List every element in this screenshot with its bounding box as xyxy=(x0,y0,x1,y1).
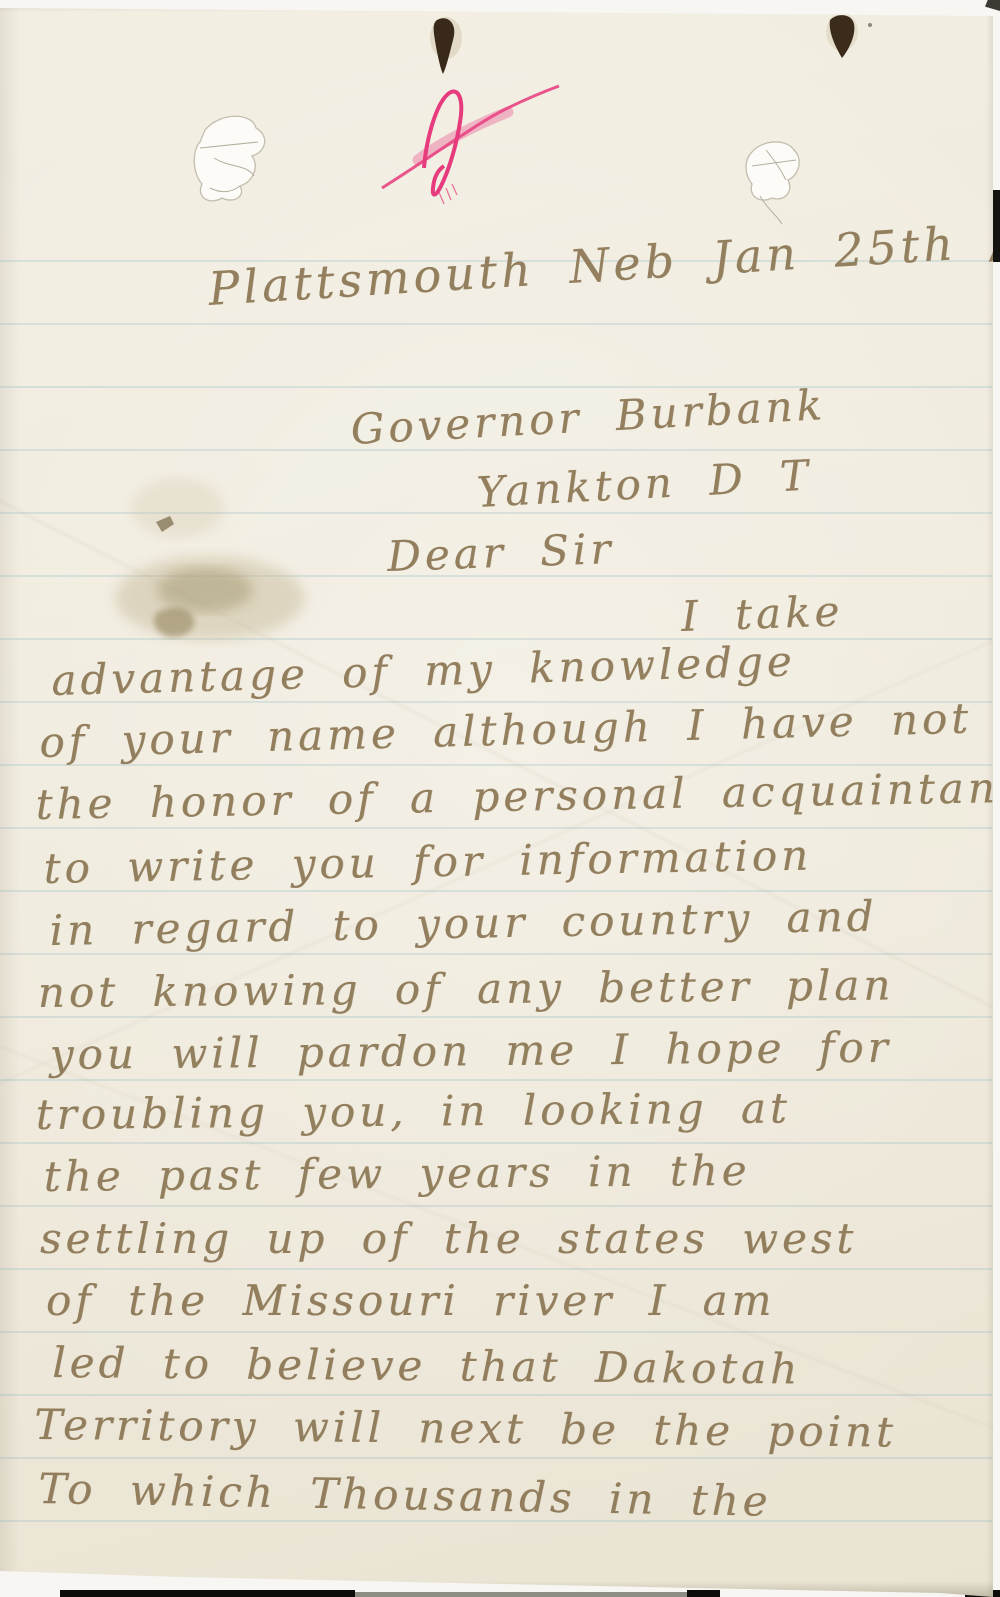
ink-blot xyxy=(430,17,462,74)
scan-artifact xyxy=(687,1590,720,1597)
letter-body-line: the past few years in the xyxy=(44,1146,751,1201)
scan-artifact xyxy=(985,0,1000,11)
letter-page: A Plattsmouth Neb Jan 25th /72Governor B… xyxy=(0,0,1000,1597)
letter-body-line: led to believe that Dakotah xyxy=(52,1338,801,1394)
grader-mark-a: A xyxy=(382,86,559,204)
wafer-seal-tear xyxy=(194,116,264,201)
letter-body-line: Territory will next be the point xyxy=(34,1400,897,1457)
letter-recipient-line: Yankton D T xyxy=(475,451,813,517)
letter-body-line: to write you for information xyxy=(43,831,812,893)
letter-body-line: I take xyxy=(680,586,844,641)
letter-body-line: you will pardon me I hope for xyxy=(50,1023,892,1079)
paper-stain xyxy=(115,478,305,640)
letter-body-line: in regard to your country and xyxy=(49,892,878,955)
letter-body-line: the honor of a personal acquaintance xyxy=(35,762,1000,829)
scan-background: A Plattsmouth Neb Jan 25th /72Governor B… xyxy=(0,0,1000,1597)
letter-body-line: To which Thousands in the xyxy=(38,1464,772,1526)
letter-salutation: Dear Sir xyxy=(386,524,615,581)
letter-body-line: troubling you, in looking at xyxy=(36,1083,791,1139)
scan-artifact xyxy=(60,1590,355,1597)
wafer-seal-tear xyxy=(746,142,799,224)
letter-body-line: advantage of my knowledge xyxy=(51,637,797,705)
ink-blot xyxy=(826,13,872,58)
letter-recipient-line: Governor Burbank xyxy=(349,380,827,454)
scan-artifact xyxy=(355,1592,687,1597)
letter-body-line: of the Missouri river I am xyxy=(46,1276,775,1325)
letter-body-line: not knowing of any better plan xyxy=(38,961,895,1017)
letter-dateline: Plattsmouth Neb Jan 25th /72 xyxy=(207,209,1000,316)
letter-body-line: of your name although I have not xyxy=(39,694,973,767)
letter-body-line: settling up of the states west xyxy=(40,1214,857,1263)
